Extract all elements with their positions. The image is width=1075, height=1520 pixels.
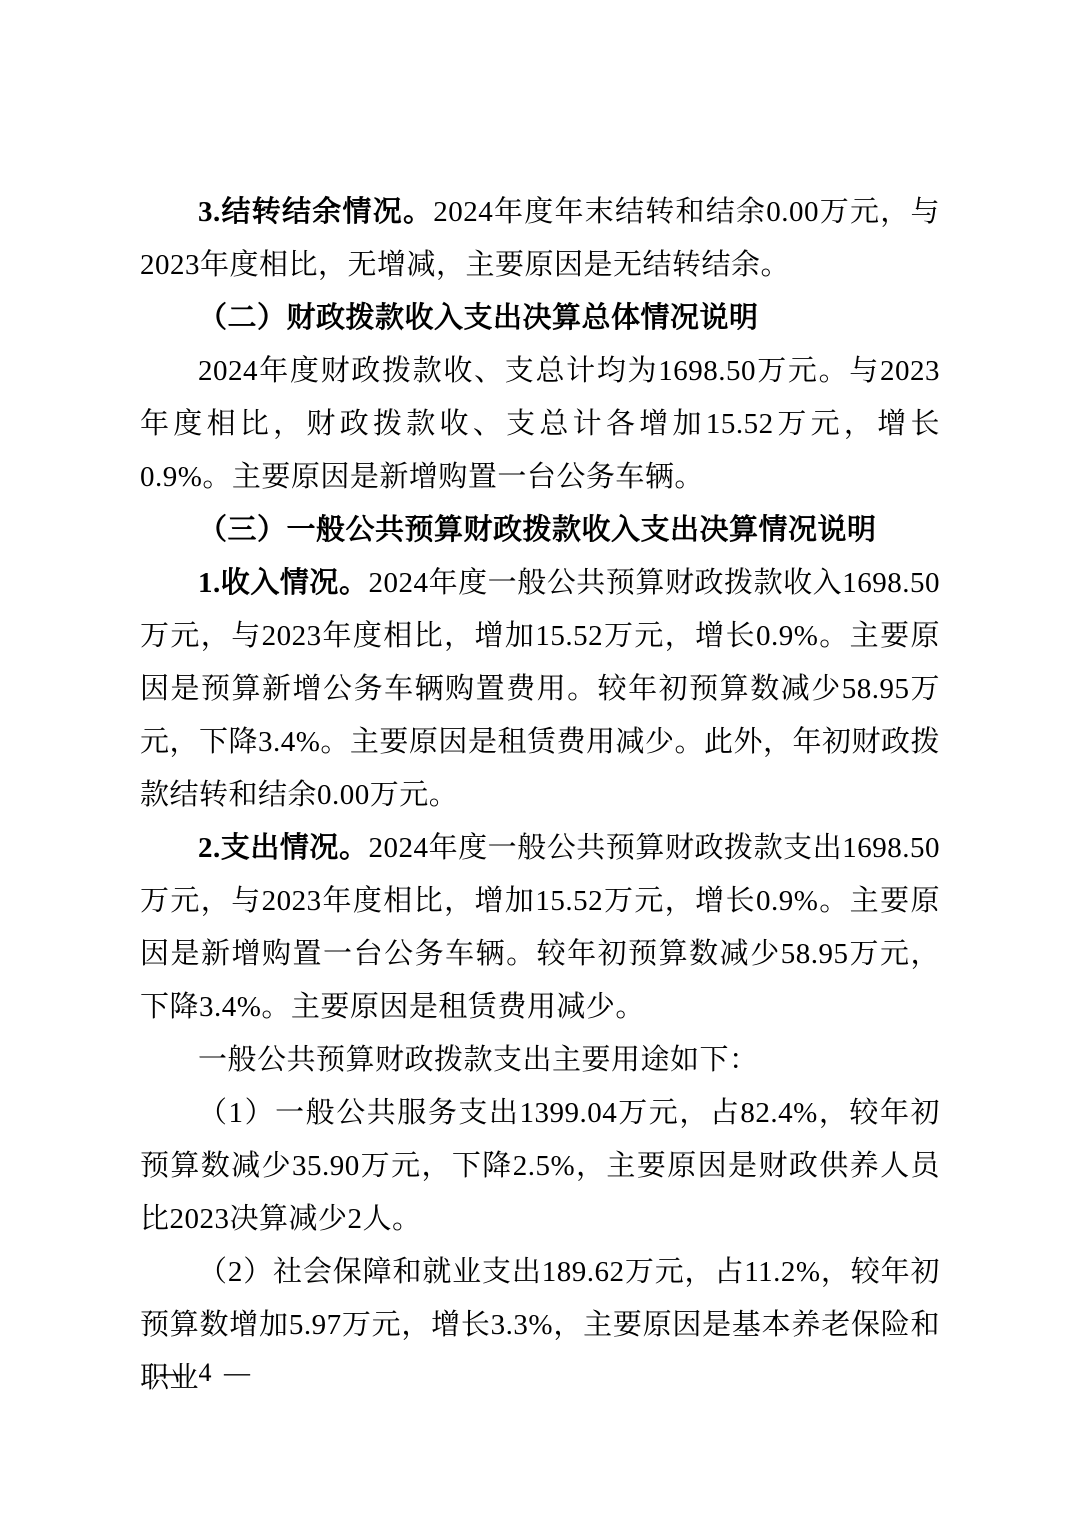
paragraph-carryover-balance: 3.结转结余情况。2024年度年末结转和结余0.00万元，与2023年度相比，无… [140,186,940,292]
paragraph-expenditure-situation: 2.支出情况。2024年度一般公共预算财政拨款支出1698.50万元，与2023… [140,822,940,1034]
paragraph-lead: 2.支出情况。 [198,832,369,864]
paragraph-lead: 1.收入情况。 [198,567,369,599]
paragraph-fiscal-appropriation-total: 2024年度财政拨款收、支总计均为1698.50万元。与2023年度相比，财政拨… [140,345,940,504]
paragraph-lead: 3.结转结余情况。 [198,196,433,228]
paragraph-income-situation: 1.收入情况。2024年度一般公共预算财政拨款收入1698.50万元，与2023… [140,557,940,822]
paragraph-text: 2024年度财政拨款收、支总计均为1698.50万元。与2023年度相比，财政拨… [140,355,940,493]
section-heading-fiscal-appropriation-overview: （二）财政拨款收入支出决算总体情况说明 [140,292,940,345]
document-page: 3.结转结余情况。2024年度年末结转和结余0.00万元，与2023年度相比，无… [0,0,1075,1520]
paragraph-item-1-general-public-services: （1）一般公共服务支出1399.04万元，占82.4%，较年初预算数减少35.9… [140,1087,940,1246]
section-heading-general-public-budget: （三）一般公共预算财政拨款收入支出决算情况说明 [140,504,940,557]
paragraph-item-2-social-security-employment: （2）社会保障和就业支出189.62万元，占11.2%，较年初预算数增加5.97… [140,1246,940,1405]
paragraph-expenditure-purposes-intro: 一般公共预算财政拨款支出主要用途如下： [140,1034,940,1087]
paragraph-text: 2024年度一般公共预算财政拨款收入1698.50万元，与2023年度相比，增加… [140,567,940,811]
document-body: 3.结转结余情况。2024年度年末结转和结余0.00万元，与2023年度相比，无… [140,186,940,1405]
paragraph-text: 一般公共预算财政拨款支出主要用途如下： [198,1044,759,1076]
page-number: — 4 — [160,1358,253,1388]
paragraph-text: （1）一般公共服务支出1399.04万元，占82.4%，较年初预算数减少35.9… [140,1097,940,1235]
paragraph-text: （2）社会保障和就业支出189.62万元，占11.2%，较年初预算数增加5.97… [140,1256,940,1394]
